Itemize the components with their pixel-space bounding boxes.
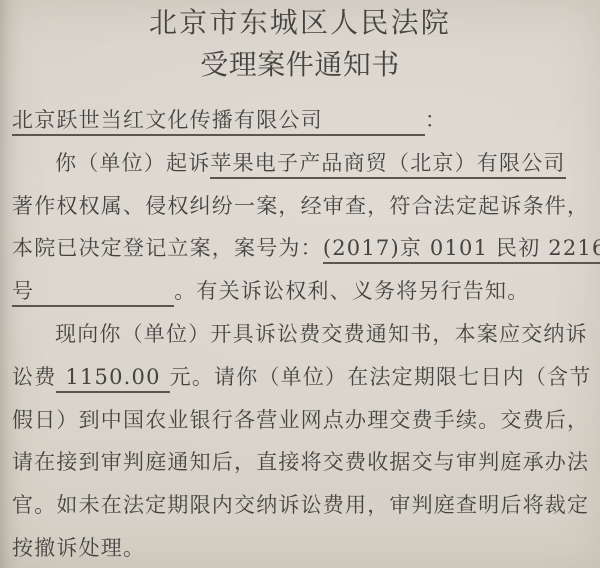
addressee-line: 北京跃世当红文化传播有限公司： bbox=[12, 99, 588, 142]
para2-line6: 按撤诉处理。 bbox=[12, 527, 588, 568]
addressee-underline: 北京跃世当红文化传播有限公司 bbox=[12, 108, 425, 136]
document-body: 北京跃世当红文化传播有限公司： 你（单位）起诉苹果电子产品商贸（北京）有限公司 … bbox=[12, 99, 588, 568]
addressee-blank-space bbox=[323, 126, 425, 127]
para1-line2: 著作权权属、侵权纠纷一案，经审查，符合法定起诉条件， bbox=[12, 185, 588, 228]
para1-line3: 本院已决定登记立案，案号为：(2017)京 0101 民初 22161 bbox=[12, 227, 588, 270]
document-header: 北京市东城区人民法院 受理案件通知书 bbox=[0, 0, 600, 86]
fee-label-text: 讼费 bbox=[12, 365, 56, 389]
para2-line1: 现向你（单位）开具诉讼费交费通知书，本案应交纳诉 bbox=[12, 313, 588, 356]
para2-line2: 讼费1150.00元。请你（单位）在法定期限七日内（含节 bbox=[12, 356, 588, 399]
case-number: (2017)京 0101 民初 22161 bbox=[323, 236, 600, 264]
addressee-colon: ： bbox=[425, 108, 447, 132]
court-notice-document: 北京市东城区人民法院 受理案件通知书 北京跃世当红文化传播有限公司： 你（单位）… bbox=[0, 0, 600, 568]
defendant-name: 苹果电子产品商贸（北京）有限公司 bbox=[210, 151, 565, 179]
case-filing-text: 本院已决定登记立案，案号为： bbox=[12, 236, 323, 260]
para2-line3: 假日）到中国农业银行各营业网点办理交费手续。交费后， bbox=[12, 399, 588, 442]
para1-lead-text: 你（单位）起诉 bbox=[55, 151, 210, 175]
para1-line1: 你（单位）起诉苹果电子产品商贸（北京）有限公司 bbox=[12, 142, 588, 185]
case-number-suffix-underline: 号 bbox=[12, 279, 174, 307]
rights-notice-text: 。有关诉讼权利、义务将另行告知。 bbox=[174, 279, 529, 303]
court-name: 北京市东城区人民法院 bbox=[0, 2, 600, 44]
case-number-suffix: 号 bbox=[12, 279, 34, 303]
case-number-blank-space bbox=[34, 297, 174, 298]
para1-line4: 号。有关诉讼权利、义务将另行告知。 bbox=[12, 270, 588, 313]
para2-line4: 请在接到审判庭通知后，直接将交费收据交与审判庭承办法 bbox=[12, 441, 588, 484]
para2-line5: 官。如未在法定期限内交纳诉讼费用，审判庭查明后将裁定 bbox=[12, 484, 588, 527]
addressee-name: 北京跃世当红文化传播有限公司 bbox=[12, 108, 323, 132]
fee-amount: 1150.00 bbox=[56, 365, 169, 393]
fee-deadline-text: 元。请你（单位）在法定期限七日内（含节 bbox=[170, 365, 592, 389]
notice-title: 受理案件通知书 bbox=[0, 44, 600, 86]
